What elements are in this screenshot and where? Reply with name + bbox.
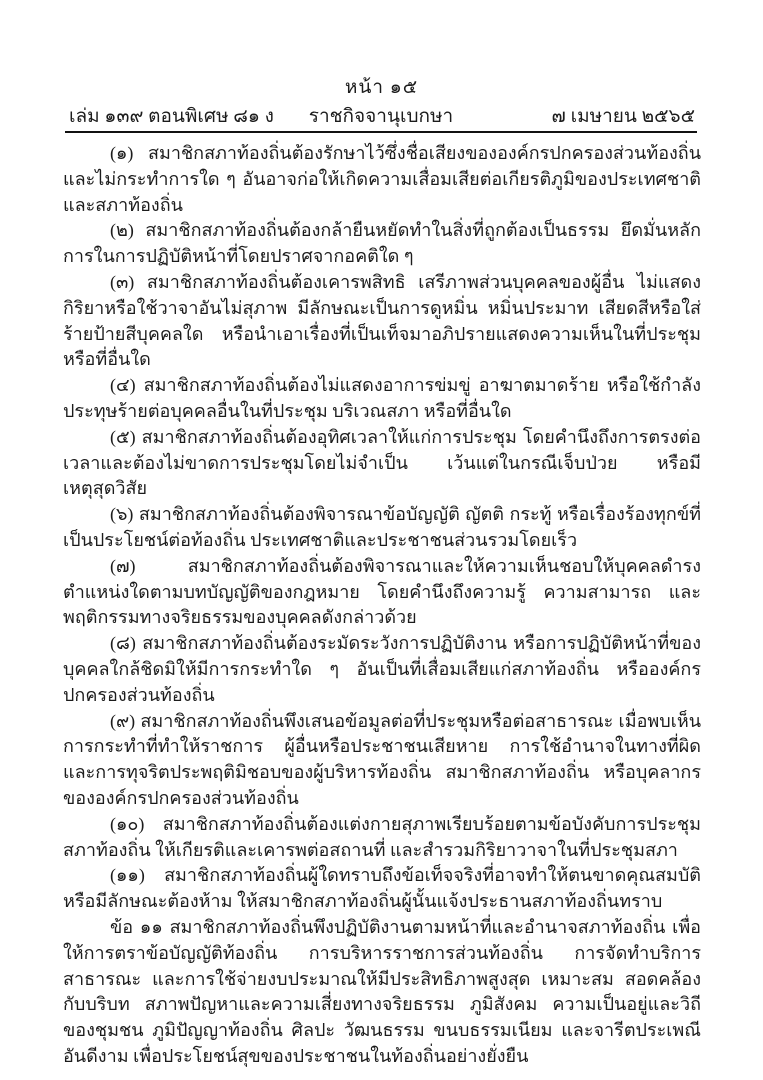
- clause-5: (๕) สมาชิกสภาท้องถิ่นต้องอุทิศเวลาให้แก่…: [63, 425, 701, 502]
- clause-4: (๔) สมาชิกสภาท้องถิ่นต้องไม่แสดงอาการข่ม…: [63, 373, 701, 425]
- clause-10: (๑๐) สมาชิกสภาท้องถิ่นต้องแต่งกายสุภาพเร…: [63, 812, 701, 864]
- clause-7: (๗) สมาชิกสภาท้องถิ่นต้องพิจารณาและให้คว…: [63, 554, 701, 631]
- clause-2: (๒) สมาชิกสภาท้องถิ่นต้องกล้ายืนหยัดทำใน…: [63, 218, 701, 270]
- clause-6: (๖) สมาชิกสภาท้องถิ่นต้องพิจารณาข้อบัญญั…: [63, 502, 701, 554]
- clause-9: (๙) สมาชิกสภาท้องถิ่นพึงเสนอข้อมูลต่อที่…: [63, 709, 701, 812]
- header-divider: [65, 131, 697, 133]
- clause-1: (๑) สมาชิกสภาท้องถิ่นต้องรักษาไว้ซึ่งชื่…: [63, 141, 701, 218]
- issue-date: ๗ เมษายน ๒๕๖๕: [552, 101, 695, 131]
- gazette-page: หน้า ๑๕ เล่ม ๑๓๙ ตอนพิเศษ ๘๑ ง ราชกิจจาน…: [0, 0, 763, 1080]
- masthead: เล่ม ๑๓๙ ตอนพิเศษ ๘๑ ง ราชกิจจานุเบกษา ๗…: [65, 101, 697, 127]
- document-body: (๑) สมาชิกสภาท้องถิ่นต้องรักษาไว้ซึ่งชื่…: [63, 141, 701, 1070]
- clause-3: (๓) สมาชิกสภาท้องถิ่นต้องเคารพสิทธิ เสรี…: [63, 270, 701, 373]
- section-11-paragraph: ข้อ ๑๑ สมาชิกสภาท้องถิ่นพึงปฏิบัติงานตาม…: [63, 915, 701, 1070]
- clause-8: (๘) สมาชิกสภาท้องถิ่นต้องระมัดระวังการปฏ…: [63, 631, 701, 708]
- page-number: หน้า ๑๕: [0, 72, 763, 102]
- clause-11: (๑๑) สมาชิกสภาท้องถิ่นผู้ใดทราบถึงข้อเท็…: [63, 863, 701, 915]
